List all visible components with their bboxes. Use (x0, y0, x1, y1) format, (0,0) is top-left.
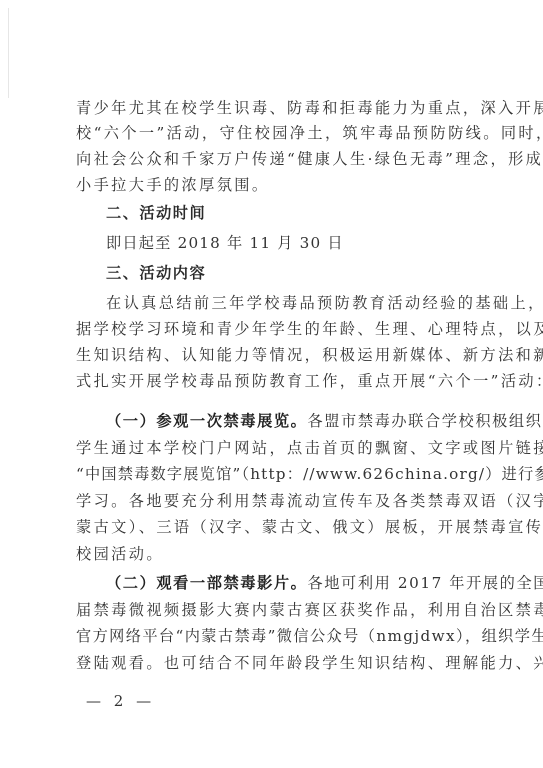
intro-line-1: 青少年尤其在校学生识毒、防毒和拒毒能力为重点，深入开展学 (76, 98, 486, 118)
item-1-line-5: 蒙古文）、三语（汉字、蒙古文、俄文）展板，开展禁毒宣传进 (76, 517, 486, 537)
item-2-line-2: 届禁毒微视频摄影大赛内蒙古赛区获奖作品，利用自治区禁毒办 (76, 600, 486, 620)
item-1-line-6: 校园活动。 (76, 544, 486, 564)
item-2-first-line: （二）观看一部禁毒影片。各地可利用 2017 年开展的全国首 (106, 573, 486, 593)
item-1-line-4: 学习。各地要充分利用禁毒流动宣传车及各类禁毒双语（汉字、 (76, 491, 486, 511)
item-1-line-3: “中国禁毒数字展览馆”（http：//www.626china.org/）进行参… (76, 464, 486, 484)
section-heading-activity-content: 三、活动内容 (106, 263, 486, 283)
content-line-1: 在认真总结前三年学校毒品预防教育活动经验的基础上，根 (106, 293, 486, 313)
scan-edge-artifact (8, 8, 9, 98)
item-2-title: （二）观看一部禁毒影片。 (106, 574, 307, 592)
content-line-4: 式扎实开展学校毒品预防教育工作，重点开展“六个一”活动： (76, 371, 486, 391)
item-1-line-2: 学生通过本学校门户网站，点击首页的飘窗、文字或图片链接到 (76, 438, 486, 458)
document-page: 青少年尤其在校学生识毒、防毒和拒毒能力为重点，深入开展学 校“六个一”活动，守住… (0, 0, 543, 768)
item-2-line-4: 登陆观看。也可结合不同年龄段学生知识结构、理解能力、兴趣 (76, 653, 486, 673)
activity-time-text: 即日起至 2018 年 11 月 30 日 (106, 233, 486, 253)
page-number: — 2 — (86, 692, 155, 710)
section-heading-activity-time: 二、活动时间 (106, 203, 486, 223)
content-line-3: 生知识结构、认知能力等情况，积极运用新媒体、新方法和新形 (76, 345, 486, 365)
content-line-2: 据学校学习环境和青少年学生的年龄、生理、心理特点，以及学 (76, 319, 486, 339)
item-1-first-line-rest: 各盟市禁毒办联合学校积极组织 (307, 412, 542, 430)
item-2-line-3: 官方网络平台“内蒙古禁毒”微信公众号（nmgjdwx），组织学生 (76, 626, 486, 646)
item-2-first-line-rest: 各地可利用 2017 年开展的全国首 (307, 574, 543, 592)
intro-line-2: 校“六个一”活动，守住校园净土，筑牢毒品预防防线。同时， (76, 123, 486, 143)
item-1-title: （一）参观一次禁毒展览。 (106, 412, 307, 430)
item-1-first-line: （一）参观一次禁毒展览。各盟市禁毒办联合学校积极组织 (106, 411, 486, 431)
intro-line-3: 向社会公众和千家万户传递“健康人生·绿色无毒”理念，形成 (76, 149, 486, 169)
intro-line-4: 小手拉大手的浓厚氛围。 (76, 175, 486, 195)
